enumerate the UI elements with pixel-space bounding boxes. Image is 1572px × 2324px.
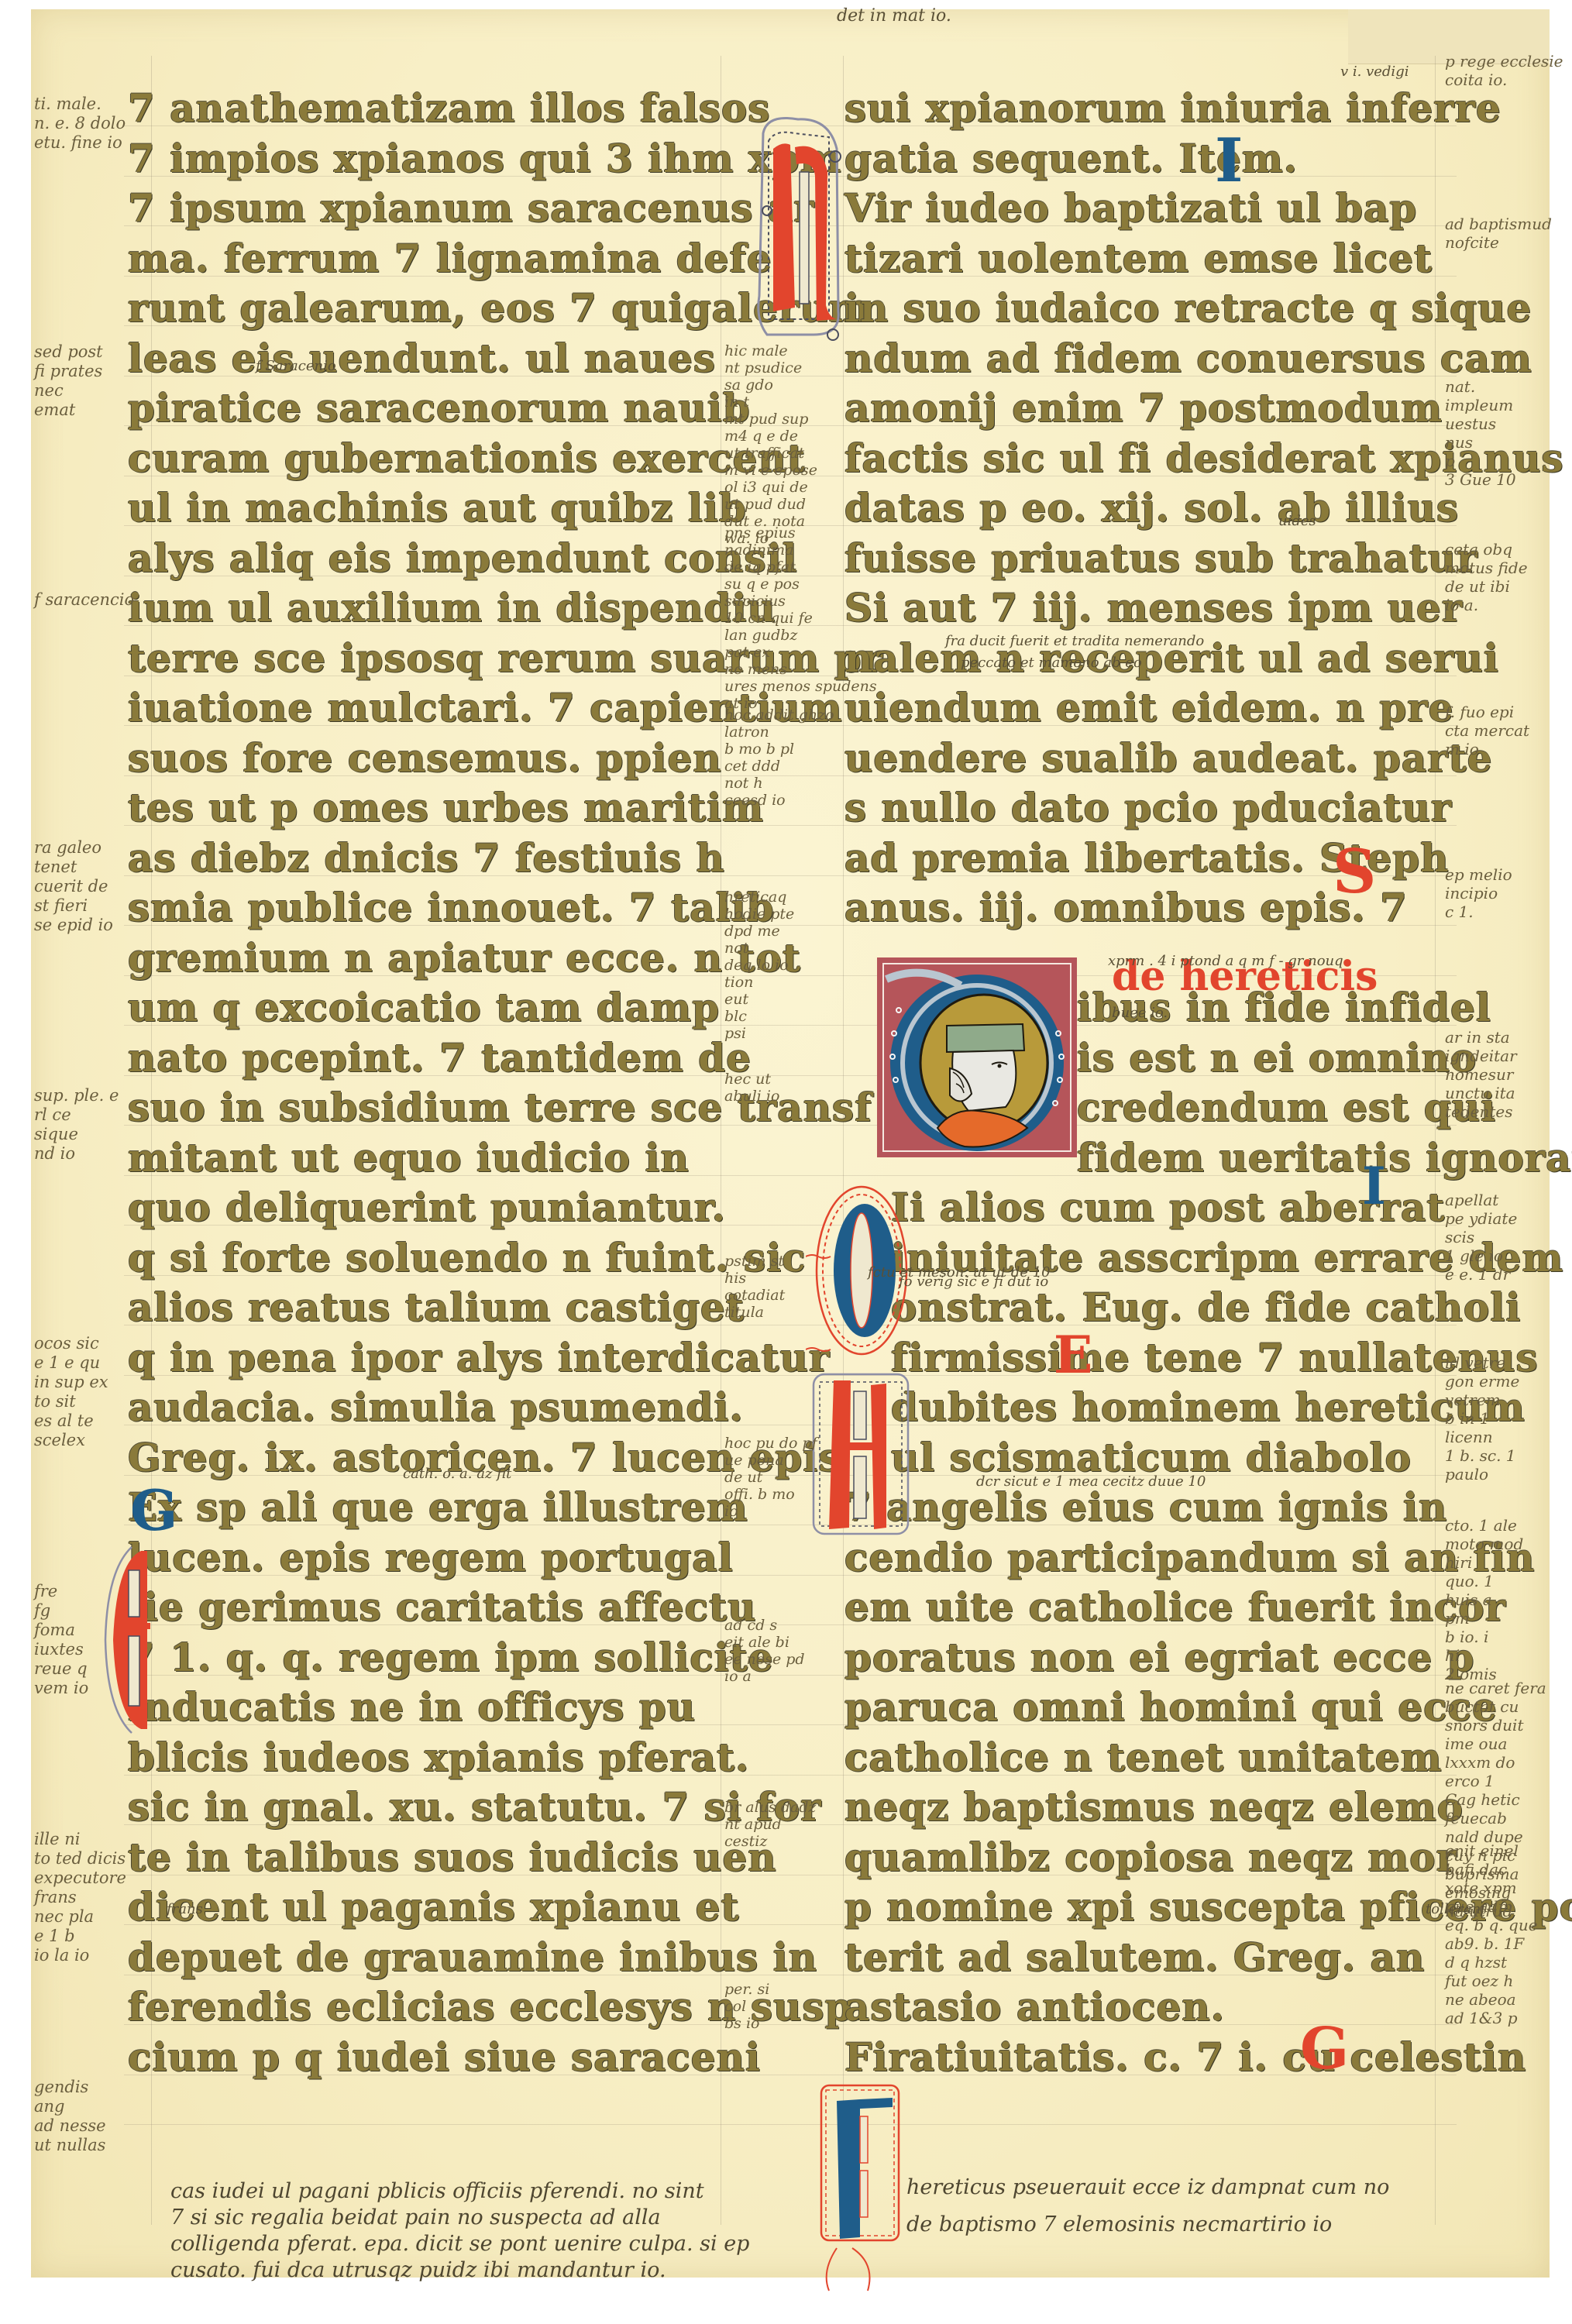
right-text-line: quamlibz copiosa neqz mor — [844, 1834, 1457, 1880]
blue-initial-g: G — [130, 1477, 178, 1543]
right-text-line: 7 angelis eius cum ignis in — [844, 1484, 1447, 1530]
margin-gloss: hoc addit ghzo latron b mo b pl cet ddd … — [724, 706, 834, 809]
bottom-gloss-line: hereticus pseuerauit ecce iz dampnat cum… — [906, 2174, 1389, 2201]
margin-gloss: apellat pe ydiate scis 1 gle io e e. 1 d… — [1445, 1191, 1517, 1284]
right-text-line: anus. iij. omnibus epis. 7 — [844, 885, 1408, 930]
margin-gloss: f saracencio — [34, 590, 134, 610]
left-text-line: lucen. epis regem portugal — [128, 1535, 734, 1580]
left-text-line: tes ut p omes urbes maritim — [128, 785, 764, 830]
left-text-line: 7 impios xpianos qui 3 ihm xpm — [128, 136, 842, 181]
margin-gloss: ceta obq motus fide de ut ibi io a. — [1445, 540, 1528, 614]
blue-initial-i-item: I — [1215, 125, 1243, 196]
right-text-line: cendio participandum si an fin — [844, 1535, 1535, 1580]
right-text-line: sui xpianorum iniuria inferre — [844, 85, 1501, 131]
right-text-line: terit ad salutem. Greg. an — [844, 1934, 1425, 1980]
right-text-line: s nullo dato pcio pduciatur — [844, 785, 1452, 830]
interlinear-note: peccato et mamono ab eo — [961, 655, 1142, 671]
margin-gloss: gendis ang ad nesse ut nullas — [34, 2078, 106, 2155]
bottom-gloss-line: cas iudei ul pagani pblicis officiis pfe… — [170, 2178, 704, 2205]
margin-gloss: hoc pu do pf ue pona de ut offi. b mo io — [724, 1435, 817, 1520]
left-text-line: inducatis ne in officys pu — [128, 1684, 696, 1730]
left-text-line: lie gerimus caritatis affectu — [128, 1584, 757, 1630]
interlinear-note: f Saracenio — [256, 358, 336, 374]
penwork-initial-e — [101, 1539, 163, 1741]
left-text-line: alios reatus talium castiget — [128, 1284, 745, 1330]
left-text-line: um q excoicatio tam damp — [128, 985, 720, 1030]
margin-gloss: f. fuo epi cta mercat m io — [1445, 703, 1529, 758]
left-text-line: piratice saracenorum nauib — [128, 385, 751, 431]
right-text-line: catholice n tenet unitatem — [844, 1734, 1443, 1780]
right-text-line: dubites hominem hereticum — [891, 1384, 1526, 1430]
left-text-line: alys aliq eis impendunt consil — [128, 535, 798, 581]
left-text-line: sic in gnal. xu. statutu. 7 si for — [128, 1784, 822, 1830]
margin-gloss: hic male nt psudice sa gdo in t mt pud s… — [724, 342, 817, 547]
margin-gloss: ep melio incipio c 1. — [1445, 865, 1512, 921]
interlinear-note: frans — [167, 1901, 203, 1917]
left-text-line: blicis iudeos xpianis pferat. — [128, 1734, 750, 1780]
bottom-gloss-line: colligenda pferat. epa. dicit se pont ue… — [170, 2231, 749, 2257]
right-text-line: neqz baptismus neqz elemo — [844, 1784, 1464, 1830]
red-initial-s: S — [1333, 837, 1376, 907]
left-text-line: audacia. simulia psumendi. — [128, 1384, 744, 1430]
interlinear-note: cath. o. a. az fit — [403, 1466, 511, 1482]
margin-gloss: ocos sic e 1 e qu in sup ex to sit es al… — [34, 1334, 108, 1450]
bottom-gloss-line: 7 si sic regalia beidat pain no suspecta… — [170, 2205, 661, 2231]
margin-gloss: ad baptismud nofcite — [1445, 215, 1552, 252]
right-text-line: in suo iudaico retracte q sique — [844, 285, 1532, 331]
right-text-line: datas p eo. xij. sol. ab illius — [844, 485, 1459, 531]
margin-gloss: id vetre gon erme vetrem b in 1 licenn 1… — [1445, 1353, 1519, 1483]
left-text-line: mitant ut equo iudicio in — [128, 1135, 690, 1181]
right-text-line: tizari uolentem emse licet — [844, 235, 1433, 281]
margin-gloss: cto. 1 ale moto mod hiri quo. 1 huis a p… — [1445, 1516, 1523, 1683]
interlinear-note: v i. vedigi — [1340, 64, 1409, 80]
margin-gloss: pstim st his cotadiat titula — [724, 1253, 785, 1321]
right-text-line: onstrat. Eug. de fide catholi — [891, 1284, 1521, 1330]
top-catchword: det in mat io. — [837, 6, 951, 26]
red-initial-e: E — [1054, 1325, 1092, 1385]
margin-rule-center-right — [843, 56, 844, 2225]
left-text-line: smia publice innouet. 7 talib — [128, 885, 775, 930]
margin-gloss: ad cd s eit ale bi ee nose pd io a — [724, 1617, 805, 1685]
margin-gloss: ille ni to ted dicis expecutore frans ne… — [34, 1830, 126, 1965]
right-text-line: astasio antiocen. — [844, 1984, 1225, 2030]
right-text-line: amonij enim 7 postmodum — [844, 385, 1443, 431]
right-text-line: Firatiuitatis. c. 7 i. cu celestin — [844, 2034, 1526, 2080]
margin-gloss: ti. male. n. e. 8 dolo etu. fine io — [34, 95, 126, 153]
margin-gloss: sup. ple. e rl ce sique nd io — [34, 1086, 119, 1164]
right-text-line: em uite catholice fuerit incor — [844, 1584, 1506, 1630]
right-text-line: fidem ueritatis ignorat. Icoss — [1077, 1135, 1572, 1181]
right-text-line: Si aut 7 iij. menses ipm uer — [844, 585, 1463, 631]
manuscript-leaf: det in mat io. 7 anathematizam illos fal… — [31, 9, 1550, 2278]
left-text-line: nato pcepint. 7 tantidem de — [128, 1035, 752, 1081]
left-text-line: dicent ul paganis xpianu et — [128, 1884, 740, 1930]
left-text-line: 7 anathematizam illos falsos — [128, 85, 771, 131]
left-text-line: curam gubernationis exercent — [128, 435, 806, 481]
left-text-line: 7 ipsum xpianum saracenus ar — [128, 185, 815, 231]
bottom-gloss-line: de baptismo 7 elemosinis necmartirio io — [906, 2212, 1332, 2238]
right-text-line: is est n ei omnino — [1077, 1035, 1477, 1081]
left-text-line: q si forte soluendo n fuint. sic — [128, 1235, 807, 1281]
penwork-initial-h — [806, 1365, 914, 1543]
interlinear-note: uides — [1278, 513, 1316, 529]
left-text-line: cium p q iudei siue saraceni — [128, 2034, 761, 2080]
ruling-line — [124, 2124, 1457, 2125]
left-text-line: q in pena ipor alys interdicatur — [128, 1335, 830, 1380]
right-text-line: uendere sualib audeat. parte — [844, 735, 1493, 781]
right-text-line: uiendum emit eidem. n pre — [844, 685, 1454, 731]
left-text-line: gremium n apiatur ecce. n tot — [128, 935, 801, 981]
left-text-line: quo deliquerint puniantur. — [128, 1184, 726, 1230]
margin-gloss: hec ut abuli io — [724, 1071, 779, 1105]
interlinear-note: fra ducit fuerit et tradita nemerando — [945, 633, 1204, 649]
penwork-initial-n — [752, 102, 844, 350]
interlinear-note: xprm . 4 i ptond a q m f - gr nouq — [1108, 953, 1343, 969]
margin-gloss: per. si col bs io — [724, 1981, 769, 2032]
interlinear-note: fo verig sic e fi dut io — [899, 1274, 1048, 1290]
right-text-line: Vir iudeo baptizati ul bap — [844, 185, 1417, 231]
margin-gloss: nat. impleum uestus nus p 3 Gue 10 — [1445, 377, 1516, 489]
left-text-line: ium ul auxilium in dispendiu — [128, 585, 776, 631]
interlinear-note: tollerant — [1426, 1901, 1486, 1917]
left-text-line: 7 1. q. q. regem ipm sollicite — [128, 1635, 774, 1680]
left-text-line: Ex sp ali que erga illustrem — [128, 1484, 748, 1530]
margin-gloss: sed post fi prates nec emat — [34, 342, 103, 420]
left-text-line: as diebz dnicis 7 festiuis h — [128, 835, 725, 881]
penwork-initial-f — [806, 2062, 914, 2295]
left-text-line: te in talibus suos iudicis uen — [128, 1834, 777, 1880]
red-initial-g: G — [1300, 2016, 1349, 2082]
margin-gloss: pns epius nadinima de iq pfat su q e pos… — [724, 524, 877, 712]
right-text-line: fuisse priuatus sub trahatur — [844, 535, 1478, 581]
margin-gloss: br alus dadz nt apud cestiz — [724, 1799, 816, 1850]
margin-gloss: ar in sta igndeitar nomesur unctu ita te… — [1445, 1028, 1517, 1121]
left-text-line: depuet de grauamine inibus in — [128, 1934, 817, 1980]
right-text-line: firmissime tene 7 nullatenus — [891, 1335, 1539, 1380]
margin-gloss: fre fg foma iuxtes reue q vem io — [34, 1582, 88, 1698]
right-text-line: ndum ad fidem conuersus cam — [844, 335, 1532, 381]
right-text-line: credendum est qui — [1077, 1085, 1496, 1130]
margin-gloss: hreticaq hodie pte dpd me not deq lo io … — [724, 889, 794, 1042]
margin-gloss: p rege ecclesie coita io. — [1445, 52, 1563, 89]
interlinear-note: buee io. — [1112, 1005, 1168, 1021]
left-text-line: ul in machinis aut quibz lib — [128, 485, 747, 531]
blue-initial-i-icoss: I — [1362, 1156, 1386, 1216]
margin-gloss: ra galeo tenet cuerit de st fieri se epi… — [34, 838, 113, 935]
left-text-line: leas eis uendunt. ul naues — [128, 335, 716, 381]
interlinear-note: dcr sicut e 1 mea cecitz duue 10 — [976, 1473, 1206, 1490]
bottom-gloss-line: cusato. fui dca utrusqz puidz ibi mandan… — [170, 2257, 666, 2284]
right-text-line: paruca omni homini qui ecce — [844, 1684, 1498, 1730]
left-text-line: ma. ferrum 7 lignamina defe — [128, 235, 772, 281]
left-text-line: suos fore censemus. ppien — [128, 735, 722, 781]
right-text-line: poratus non ei egriat ecce p — [844, 1635, 1475, 1680]
margin-gloss: enit einel bafi dac xote xpm que adm eq.… — [1445, 1841, 1538, 2027]
historiated-initial-portrait — [875, 956, 1078, 1159]
